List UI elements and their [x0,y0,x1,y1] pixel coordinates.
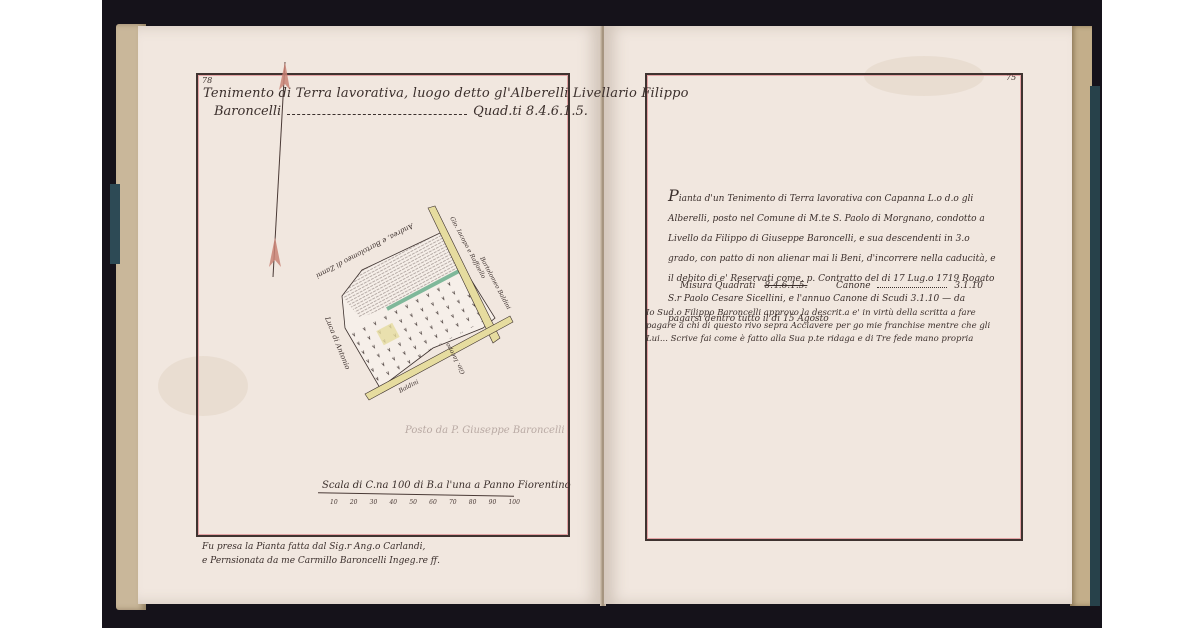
north-arrow-icon [263,62,303,282]
scale-title: Scala di C.na 100 di B.a l'una a Panno F… [322,480,571,491]
canone-row: Canone 3.1.10 [836,281,983,291]
initial-letter: P [668,186,679,205]
left-page-footer: Fu presa la Pianta fatta dal Sig.r Ang.o… [202,540,440,568]
parcel-map: Andrea, e Bartolomeo di Zanni Gio. Iacop… [305,198,525,413]
book-cover-right [1070,26,1092,606]
misura-row: Misura Quadrati 8.4.6.1.5. [680,281,807,291]
left-page-number: 78 [202,76,212,85]
right-page-number: 75 [1006,73,1016,82]
faint-pencil-annotation: Posto da P. Giuseppe Baroncelli [405,425,565,436]
area-value: Quad.ti 8.4.6.1.5. [473,104,588,119]
body-text: ianta d'un Tenimento di Terra lavorativa… [668,194,996,324]
scale-ticks: 10 20 30 40 50 60 70 80 90 100 [330,499,520,506]
approval-note: Io Sud.o Filippo Baroncelli approvo la d… [646,307,1006,346]
